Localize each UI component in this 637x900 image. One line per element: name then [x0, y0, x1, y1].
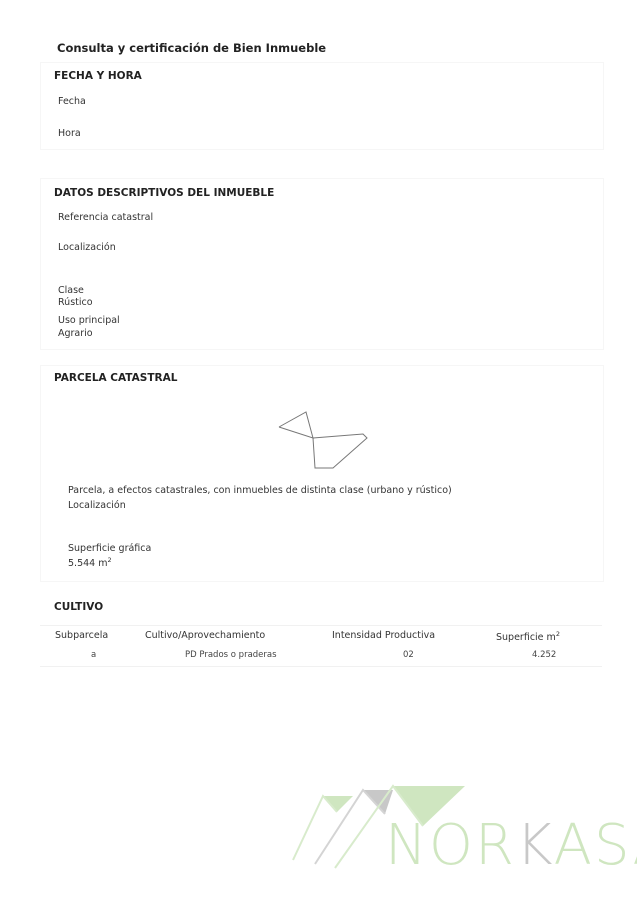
cell-intensidad: 02 [403, 650, 414, 660]
norkasa-logo: NORKASA [285, 780, 637, 870]
superficie-exp: 2 [108, 556, 112, 564]
document-title: Consulta y certificación de Bien Inmuebl… [57, 41, 326, 55]
cell-superficie: 4.252 [532, 650, 556, 660]
parcela-note: Parcela, a efectos catastrales, con inmu… [68, 485, 452, 496]
section-heading-cultivo: CULTIVO [54, 601, 103, 613]
section-heading-parcela: PARCELA CATASTRAL [54, 372, 177, 384]
section-heading-datos: DATOS DESCRIPTIVOS DEL INMUEBLE [54, 187, 274, 199]
superficie-unit: m [98, 558, 107, 569]
table-divider [40, 666, 602, 667]
hora-label: Hora [58, 128, 81, 139]
clase-value: Rústico [58, 297, 93, 308]
superficie-grafica-value: 5.544 m2 [68, 556, 112, 569]
superficie-grafica-label: Superficie gráfica [68, 543, 151, 554]
section-datos-descriptivos [40, 178, 604, 350]
section-heading-fecha-hora: FECHA Y HORA [54, 70, 142, 82]
clase-label: Clase [58, 285, 84, 296]
uso-principal-label: Uso principal [58, 315, 120, 326]
referencia-catastral-label: Referencia catastral [58, 212, 153, 223]
uso-principal-value: Agrario [58, 328, 93, 339]
parcela-localizacion-label: Localización [68, 500, 126, 511]
logo-asa: ASA [554, 813, 637, 870]
logo-k: K [516, 813, 554, 870]
logo-nor: NOR [385, 813, 516, 870]
table-divider [40, 625, 602, 626]
superficie-header-exp: 2 [556, 630, 560, 638]
cell-subparcela: a [91, 650, 96, 660]
column-header-cultivo: Cultivo/Aprovechamiento [145, 630, 265, 641]
column-header-superficie: Superficie m2 [496, 630, 560, 643]
localizacion-label: Localización [58, 242, 116, 253]
superficie-header-text: Superficie m [496, 632, 556, 643]
logo-text: NORKASA [385, 813, 637, 870]
superficie-number: 5.544 [68, 558, 95, 569]
fecha-label: Fecha [58, 96, 86, 107]
cell-cultivo: PD Prados o praderas [185, 650, 277, 660]
parcel-outline-drawing [275, 408, 375, 473]
column-header-intensidad: Intensidad Productiva [332, 630, 435, 641]
column-header-subparcela: Subparcela [55, 630, 108, 641]
